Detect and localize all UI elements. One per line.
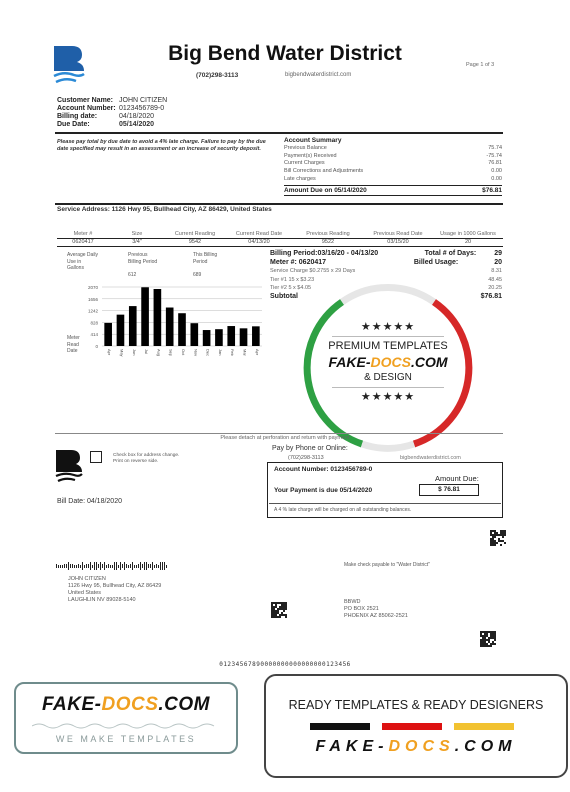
company-logo-bw [54, 448, 84, 484]
summary-row: Current Charges76.81 [284, 160, 502, 168]
promo-brand-right: FAKE-DOCS.COM [264, 738, 568, 756]
qr-code-icon [480, 631, 496, 647]
watermark-brand: FAKE-DOCS.COM [310, 353, 466, 371]
late-charge-note: A 4 % late charge will be charged on all… [274, 507, 411, 513]
flag-stripe-black [310, 723, 370, 730]
perforation-line [55, 433, 503, 434]
due-date-label: Due Date: [57, 121, 119, 129]
flag-stripe-yellow [454, 723, 514, 730]
amount-due-value: $ 76.81 [419, 484, 479, 496]
svg-text:1242: 1242 [88, 309, 99, 314]
svg-text:Jun: Jun [132, 349, 137, 355]
promo-brand-left: FAKE-DOCS.COM [14, 694, 238, 716]
usage-bar-chart: 0414828124216562070AprMayJunJulAugSepOct… [62, 283, 268, 363]
pay-phone[interactable]: (702)298-3113 [288, 455, 324, 461]
summary-row: Payment(s) Received-75.74 [284, 153, 502, 161]
late-charge-notice: Please pay total by due date to avoid a … [57, 139, 277, 154]
customer-name-label: Customer Name: [57, 97, 119, 105]
summary-row: Previous Balance75.74 [284, 145, 502, 153]
detach-note: Please detach at perforation and return … [0, 435, 570, 441]
billing-date-value: 04/18/2020 [119, 113, 154, 121]
qr-code-icon [490, 530, 506, 546]
postal-barcode [56, 562, 168, 570]
coupon-bill-date: Bill Date: 04/18/2020 [57, 498, 122, 505]
due-date-value: 05/14/2020 [119, 121, 154, 129]
qr-code-icon [271, 602, 287, 618]
svg-text:2070: 2070 [88, 285, 99, 290]
promo-tagline: WE MAKE TEMPLATES [14, 734, 238, 744]
amount-due-total: Amount Due on 05/14/2020$76.81 [284, 185, 502, 196]
svg-text:828: 828 [90, 320, 98, 325]
svg-text:Jul: Jul [144, 349, 149, 354]
svg-text:Dec: Dec [206, 349, 211, 356]
amount-due-label: Amount Due: [435, 474, 479, 483]
customer-name-value: JOHN CITIZEN [119, 97, 167, 105]
svg-text:Oct: Oct [181, 349, 186, 356]
svg-text:Jan: Jan [218, 349, 223, 355]
svg-text:1656: 1656 [88, 297, 99, 302]
billing-date-label: Billing date: [57, 113, 119, 121]
meter-table: Meter # Size Current Reading Current Rea… [57, 218, 503, 247]
charge-line: Service Charge $0.2755 x 29 Days8.31 [270, 267, 502, 276]
average-daily-use-label: Average Daily Use in Gallons [67, 252, 99, 272]
svg-text:Aug: Aug [156, 349, 161, 356]
svg-text:Mar: Mar [243, 349, 248, 357]
svg-text:0: 0 [95, 344, 98, 349]
company-name: Big Bend Water District [160, 42, 410, 66]
company-website[interactable]: bigbendwaterdistrict.com [285, 72, 351, 78]
svg-text:Feb: Feb [230, 349, 235, 357]
payment-due-text: Your Payment is due 05/14/2020 [274, 487, 372, 494]
promo-title: READY TEMPLATES & READY DESIGNERS [264, 698, 568, 712]
address-change-note: Check box for address change. Print on r… [113, 453, 183, 465]
micr-line: 01234567890000000000000000123456 [0, 661, 570, 668]
this-period-value: 689 [193, 272, 201, 279]
account-number-row: Account Number:0123456789-0 [57, 105, 164, 113]
table-row: 06204173/4"954204/13/20952203/15/2020 [57, 238, 503, 246]
svg-text:Apr: Apr [107, 349, 112, 356]
account-summary: Account Summary Previous Balance75.74 Pa… [284, 137, 502, 196]
company-phone: (702)298-3113 [196, 72, 238, 79]
service-address: Service Address: 1126 Hwy 95, Bullhead C… [57, 206, 272, 213]
billing-date-row: Billing date:04/18/2020 [57, 113, 154, 121]
summary-row: Bill Corrections and Adjustments0.00 [284, 168, 502, 176]
watermark-text: ★★★★★ PREMIUM TEMPLATES FAKE-DOCS.COM & … [310, 320, 466, 404]
pay-by-phone-title: Pay by Phone or Online: [272, 445, 348, 452]
address-change-checkbox[interactable] [90, 451, 102, 463]
this-period-label: This Billing Period [193, 252, 223, 265]
previous-period-label: Previous Billing Period [128, 252, 158, 265]
summary-row: Late charges0.00 [284, 176, 502, 184]
customer-name-row: Customer Name:JOHN CITIZEN [57, 97, 167, 105]
due-date-row: Due Date:05/14/2020 [57, 121, 154, 129]
meter-row: Meter #: 0620417Billed Usage:20 [270, 259, 502, 268]
stars-icon: ★★★★★ [310, 390, 466, 404]
svg-text:Apr: Apr [255, 349, 260, 356]
divider [269, 503, 501, 504]
pay-website[interactable]: bigbendwaterdistrict.com [400, 455, 461, 461]
flag-stripe-red [382, 723, 442, 730]
svg-text:Sep: Sep [169, 349, 174, 357]
table-header-row: Meter # Size Current Reading Current Rea… [57, 218, 503, 238]
svg-text:Nov: Nov [193, 349, 198, 356]
svg-text:414: 414 [90, 332, 98, 337]
billing-period-row: Billing Period:03/16/20 - 04/13/20Total … [270, 250, 502, 259]
stars-icon: ★★★★★ [310, 320, 466, 334]
divider [55, 132, 503, 134]
company-logo [52, 44, 86, 86]
previous-period-value: 612 [128, 272, 136, 279]
account-number-label: Account Number: [57, 105, 119, 113]
wave-decoration [32, 722, 218, 730]
divider [55, 203, 503, 205]
payable-note: Make check payable to "Water District" [344, 562, 430, 568]
mailing-address: JOHN CITIZEN 1126 Hwy 95, Bullhead City,… [68, 576, 161, 604]
remit-address: BBWD PO BOX 2521 PHOENIX AZ 85062-2521 [344, 599, 408, 620]
coupon-account-number: Account Number: 0123456789-0 [274, 466, 372, 473]
account-number-value: 0123456789-0 [119, 105, 164, 113]
svg-text:May: May [119, 349, 124, 357]
summary-title: Account Summary [284, 137, 502, 144]
page-number: Page 1 of 3 [466, 62, 494, 68]
